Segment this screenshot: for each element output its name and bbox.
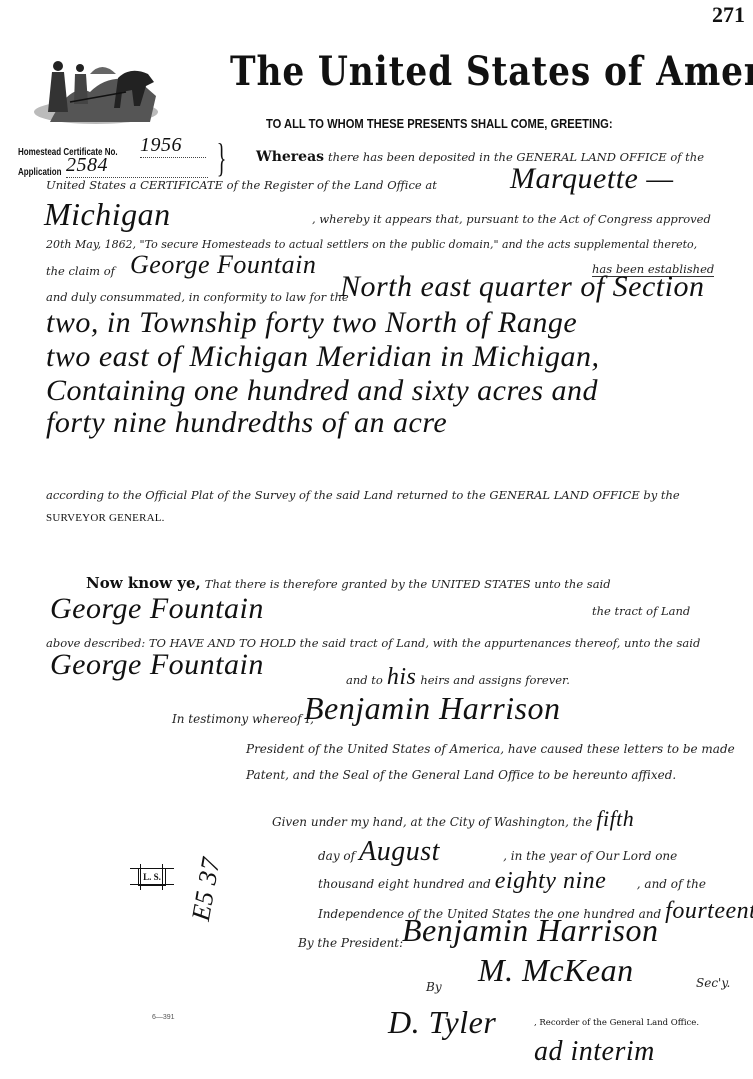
form-number: 6—391: [152, 1014, 175, 1021]
month-line: day of August , in the year of Our Lord …: [318, 836, 677, 868]
president-name: Benjamin Harrison: [304, 690, 561, 727]
given-year: eighty nine: [495, 868, 633, 895]
certificate-line: United States a CERTIFICATE of the Regis…: [46, 178, 437, 192]
grantee-name: George Fountain: [50, 592, 264, 626]
pursuant-line: , whereby it appears that, pursuant to t…: [312, 212, 711, 226]
by-label: By: [426, 980, 442, 994]
grantee-name-2: George Fountain: [50, 648, 264, 682]
according-line: according to the Official Plat of the Su…: [46, 488, 680, 502]
land-office-state: Michigan: [44, 196, 171, 233]
land-description-line: two, in Township forty two North of Rang…: [46, 306, 577, 340]
by-the-president: By the President:: [298, 936, 403, 950]
secretary-signature: M. McKean: [478, 952, 634, 989]
recorder-signature: D. Tyler: [388, 1004, 496, 1041]
brace-icon: }: [217, 134, 227, 181]
claimant-name: George Fountain: [130, 250, 316, 280]
application-number: 2584: [66, 154, 208, 178]
land-description-line: forty nine hundredths of an acre: [46, 406, 447, 440]
seal-label: L. S.: [138, 868, 166, 886]
land-description-line: Containing one hundred and sixty acres a…: [46, 374, 598, 408]
year-line: thousand eight hundred and eighty nine ,…: [318, 868, 706, 895]
seal-mark: L. S.: [130, 864, 174, 890]
grant-line: Now know ye, That there is therefore gra…: [86, 574, 611, 593]
president-signature: Benjamin Harrison: [402, 912, 659, 949]
given-text: Given under my hand, at the City of Wash…: [272, 815, 592, 829]
consummated-line: and duly consummated, in conformity to l…: [46, 290, 349, 304]
margin-note: E5 37: [186, 855, 227, 923]
given-month: August: [359, 836, 499, 868]
heirs-handwritten: his: [387, 664, 417, 690]
testimony-line-3: Patent, and the Seal of the General Land…: [246, 768, 676, 782]
ad-interim-note: ad interim: [534, 1036, 655, 1068]
heirs-text-a: and to: [346, 673, 383, 687]
recorder-label: , Recorder of the General Land Office.: [534, 1018, 699, 1028]
land-description-line: two east of Michigan Meridian in Michiga…: [46, 340, 599, 374]
grant-text: That there is therefore granted by the U…: [205, 577, 611, 591]
and-of-text: , and of the: [637, 877, 706, 891]
surveyor-general: SURVEYOR GENERAL.: [46, 512, 165, 524]
document-title: The United States of America,: [230, 48, 753, 95]
given-line: Given under my hand, at the City of Wash…: [272, 806, 634, 832]
day-of-text: day of: [318, 849, 355, 863]
given-day: fifth: [596, 806, 634, 831]
whereas-word: Whereas: [256, 149, 324, 165]
testimony-prefix: In testimony whereof I,: [172, 712, 314, 726]
year-text: , in the year of Our Lord one: [503, 849, 677, 863]
vignette-illustration-icon: [30, 52, 162, 128]
land-office-city: Marquette —: [510, 162, 674, 196]
thousand-text: thousand eight hundred and: [318, 877, 491, 891]
greeting: TO ALL TO WHOM THESE PRESENTS SHALL COME…: [266, 116, 613, 131]
land-description-line: North east quarter of Section: [340, 270, 704, 304]
tract-of-land: the tract of Land: [592, 604, 690, 618]
now-know-ye: Now know ye,: [86, 574, 201, 592]
claim-prefix: the claim of: [46, 264, 115, 278]
application-label: Application: [18, 167, 53, 178]
page-number: 271: [712, 2, 745, 28]
heirs-text-b: heirs and assigns forever.: [420, 673, 570, 687]
independence-year: fourteenth: [665, 898, 753, 924]
heirs-line: and to his heirs and assigns forever.: [346, 664, 570, 691]
secretary-label: Sec'y.: [696, 976, 730, 990]
testimony-line-2: President of the United States of Americ…: [246, 742, 735, 756]
